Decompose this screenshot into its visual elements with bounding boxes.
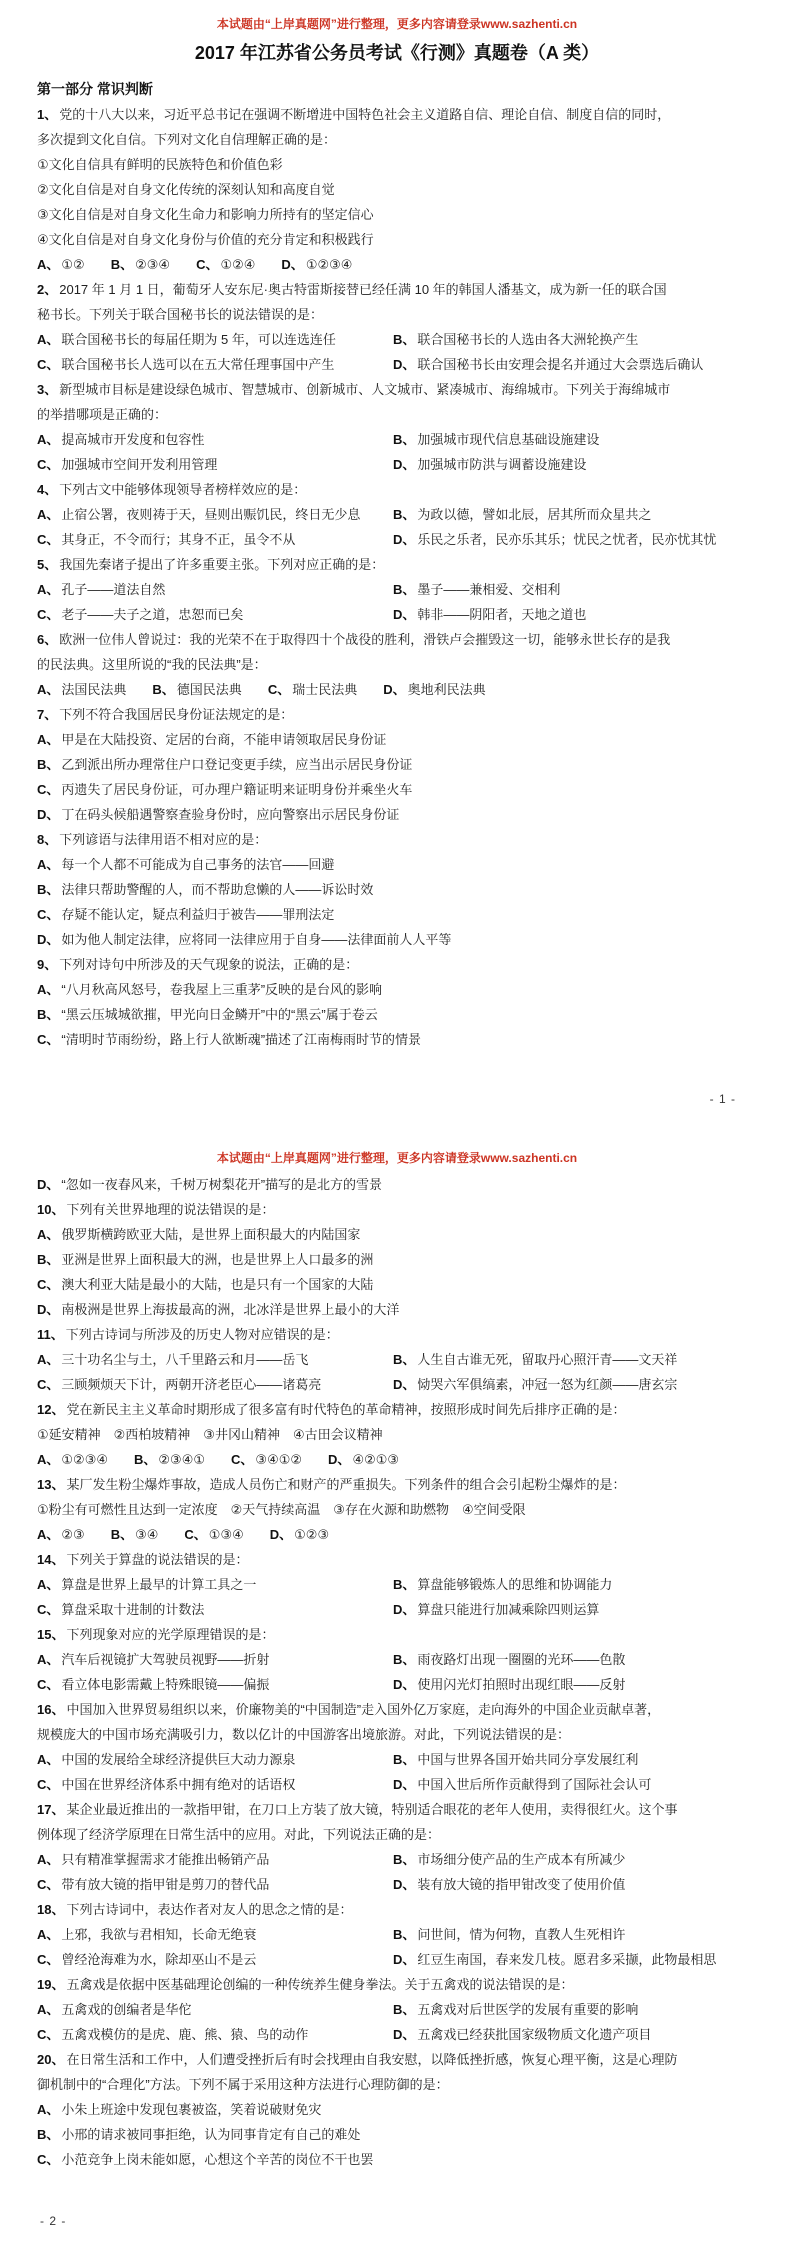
- option-letter: B、: [393, 507, 417, 522]
- option-text: 丁在码头候船遇警察查验身份时，应向警察出示居民身份证: [61, 807, 399, 822]
- options-two-col: C、其身正，不令而行；其身不正，虽令不从D、乐民之乐者，民亦乐其乐；忧民之忧者，…: [37, 527, 757, 552]
- option-letter: B、: [393, 582, 417, 597]
- option-item: C、带有放大镜的指甲钳是剪刀的替代品: [37, 1872, 393, 1897]
- option-letter: D、: [393, 1777, 417, 1792]
- option-letter: C、: [37, 1777, 61, 1792]
- option-letter: D、: [37, 932, 61, 947]
- option-letter: C、: [37, 1277, 61, 1292]
- option-item: D、加强城市防洪与调蓄设施建设: [393, 452, 586, 477]
- option-text: 存疑不能认定，疑点利益归于被告——罪刑法定: [61, 907, 334, 922]
- option-text: ①②: [61, 257, 84, 272]
- option-text: 上邪，我欲与君相知，长命无绝衰: [61, 1927, 256, 1942]
- option-item: A、三十功名尘与土，八千里路云和月——岳飞: [37, 1347, 393, 1372]
- option-text: ②③④: [135, 257, 170, 272]
- option-letter: B、: [37, 757, 61, 772]
- option-letter: C、: [37, 1602, 61, 1617]
- option-item: D、恸哭六军俱缟素，冲冠一怒为红颜——唐玄宗: [393, 1372, 677, 1397]
- option-text: 雨夜路灯出现一圈圈的光环——色散: [417, 1652, 625, 1667]
- option-letter: A、: [37, 1577, 61, 1592]
- option-item: B、③④: [111, 1522, 159, 1547]
- option-item: D、算盘只能进行加减乘除四则运算: [393, 1597, 599, 1622]
- header-note: 本试题由“上岸真题网”进行整理，更多内容请登录www.sazhenti.cn: [37, 14, 757, 34]
- question-number: 20、: [37, 2052, 66, 2067]
- option-item: B、问世间，情为何物，直教人生死相许: [393, 1922, 625, 1947]
- stem-text: 下列古诗词与所涉及的历史人物对应错误的是：: [66, 1327, 339, 1342]
- options-two-col: A、中国的发展给全球经济提供巨大动力源泉B、中国与世界各国开始共同分享发展红利: [37, 1747, 757, 1772]
- options-two-col: A、提高城市开发度和包容性B、加强城市现代信息基础设施建设: [37, 427, 757, 452]
- option-letter: D、: [393, 1602, 417, 1617]
- option-letter: C、: [37, 1677, 61, 1692]
- option-letter: C、: [184, 1527, 208, 1542]
- option-text: ②③④①: [158, 1452, 205, 1467]
- question-stem: 5、我国先秦诸子提出了许多重要主张。下列对应正确的是：: [37, 552, 757, 577]
- option-text: 澳大利亚大陆是最小的大陆，也是只有一个国家的大陆: [61, 1277, 373, 1292]
- option-letter: A、: [37, 432, 61, 447]
- option-item: A、止宿公署，夜则祷于天，昼则出赈饥民，终日无少息: [37, 502, 393, 527]
- option-text: 算盘采取十进制的计数法: [61, 1602, 204, 1617]
- doc-title: 2017 年江苏省公务员考试《行测》真题卷（A 类）: [37, 38, 757, 68]
- option-item: A、五禽戏的创编者是华佗: [37, 1997, 393, 2022]
- option-text: 联合国秘书长人选可以在五大常任理事国中产生: [61, 357, 334, 372]
- option-line: C、小范竞争上岗未能如愿，心想这个辛苦的岗位不干也罢: [37, 2147, 757, 2172]
- option-letter: B、: [393, 432, 417, 447]
- stem-text: 下列对诗句中所涉及的天气现象的说法，正确的是：: [59, 957, 358, 972]
- option-item: C、中国在世界经济体系中拥有绝对的话语权: [37, 1772, 393, 1797]
- option-letter: A、: [37, 1527, 61, 1542]
- option-text: 五禽戏的创编者是华佗: [61, 2002, 191, 2017]
- option-letter: D、: [328, 1452, 352, 1467]
- option-text: 南极洲是世界上海拔最高的洲，北冰洋是世界上最小的大洋: [61, 1302, 399, 1317]
- option-text: 看立体电影需戴上特殊眼镜——偏振: [61, 1677, 269, 1692]
- option-text: 带有放大镜的指甲钳是剪刀的替代品: [61, 1877, 269, 1892]
- option-line: C、“清明时节雨纷纷，路上行人欲断魂”描述了江南梅雨时节的情景: [37, 1027, 757, 1052]
- page-number: - 1 -: [710, 1092, 736, 1106]
- option-letter: A、: [37, 582, 61, 597]
- option-item: B、为政以德，譬如北辰，居其所而众星共之: [393, 502, 651, 527]
- option-letter: D、: [37, 1177, 61, 1192]
- option-line: A、小朱上班途中发现包裹被盗，笑着说破财免灾: [37, 2097, 757, 2122]
- option-text: ②③: [61, 1527, 84, 1542]
- option-letter: A、: [37, 1352, 61, 1367]
- option-text: ①②③: [294, 1527, 329, 1542]
- option-item: A、提高城市开发度和包容性: [37, 427, 393, 452]
- option-item: B、雨夜路灯出现一圈圈的光环——色散: [393, 1647, 625, 1672]
- option-text: 加强城市空间开发利用管理: [61, 457, 217, 472]
- option-item: C、①②④: [196, 252, 255, 277]
- option-letter: C、: [37, 1377, 61, 1392]
- option-item: D、④②①③: [328, 1447, 399, 1472]
- text-line: ①粉尘有可燃性且达到一定浓度 ②天气持续高温 ③存在火源和助燃物 ④空间受限: [37, 1497, 757, 1522]
- option-item: A、中国的发展给全球经济提供巨大动力源泉: [37, 1747, 393, 1772]
- option-item: A、联合国秘书长的每届任期为 5 年，可以连选连任: [37, 327, 393, 352]
- question-stem: 15、下列现象对应的光学原理错误的是：: [37, 1622, 757, 1647]
- option-letter: C、: [37, 782, 61, 797]
- option-text: 乙到派出所办理常住户口登记变更手续，应当出示居民身份证: [61, 757, 412, 772]
- option-text: 乐民之乐者，民亦乐其乐；忧民之忧者，民亦忧其忧: [417, 532, 716, 547]
- text-line: ①文化自信具有鲜明的民族特色和价值色彩: [37, 152, 757, 177]
- question-number: 4、: [37, 482, 59, 497]
- option-letter: D、: [393, 457, 417, 472]
- option-letter: D、: [393, 1677, 417, 1692]
- option-item: C、三顾频烦天下计，两朝开济老臣心——诸葛亮: [37, 1372, 393, 1397]
- option-text: “忽如一夜春风来，千树万树梨花开”描写的是北方的雪景: [61, 1177, 382, 1192]
- options-two-col: A、止宿公署，夜则祷于天，昼则出赈饥民，终日无少息B、为政以德，譬如北辰，居其所…: [37, 502, 757, 527]
- options-two-col: C、中国在世界经济体系中拥有绝对的话语权D、中国入世后所作贡献得到了国际社会认可: [37, 1772, 757, 1797]
- question-stem: 1、党的十八大以来，习近平总书记在强调不断增进中国特色社会主义道路自信、理论自信…: [37, 102, 757, 127]
- option-text: 装有放大镜的指甲钳改变了使用价值: [417, 1877, 625, 1892]
- option-letter: A、: [37, 2002, 61, 2017]
- question-number: 7、: [37, 707, 59, 722]
- option-letter: A、: [37, 732, 61, 747]
- option-text: 止宿公署，夜则祷于天，昼则出赈饥民，终日无少息: [61, 507, 360, 522]
- option-item: D、韩非——阴阳者，天地之道也: [393, 602, 586, 627]
- option-item: D、①②③④: [281, 252, 352, 277]
- option-text: 为政以德，譬如北辰，居其所而众星共之: [417, 507, 651, 522]
- option-letter: A、: [37, 1652, 61, 1667]
- option-item: C、老子——夫子之道，忠恕而已矣: [37, 602, 393, 627]
- options-two-col: C、曾经沧海难为水，除却巫山不是云D、红豆生南国，春来发几枝。愿君多采撷，此物最…: [37, 1947, 757, 1972]
- option-text: 中国在世界经济体系中拥有绝对的话语权: [61, 1777, 295, 1792]
- question-number: 12、: [37, 1402, 66, 1417]
- question-number: 9、: [37, 957, 59, 972]
- stem-text: 下列现象对应的光学原理错误的是：: [66, 1627, 274, 1642]
- option-text: 加强城市现代信息基础设施建设: [417, 432, 599, 447]
- text-line: 规模庞大的中国市场充满吸引力，数以亿计的中国游客出境旅游。对此，下列说法错误的是…: [37, 1722, 757, 1747]
- option-letter: D、: [393, 1877, 417, 1892]
- stem-text: 五禽戏是依据中医基础理论创编的一种传统养生健身拳法。关于五禽戏的说法错误的是：: [66, 1977, 573, 1992]
- options-two-col: A、五禽戏的创编者是华佗B、五禽戏对后世医学的发展有重要的影响: [37, 1997, 757, 2022]
- option-letter: C、: [37, 2027, 61, 2042]
- option-line: B、乙到派出所办理常住户口登记变更手续，应当出示居民身份证: [37, 752, 757, 777]
- option-text: ①②③④: [306, 257, 353, 272]
- option-letter: A、: [37, 257, 61, 272]
- option-text: 加强城市防洪与调蓄设施建设: [417, 457, 586, 472]
- option-letter: D、: [393, 1377, 417, 1392]
- option-text: 算盘只能进行加减乘除四则运算: [417, 1602, 599, 1617]
- option-line: D、如为他人制定法律，应将同一法律应用于自身——法律面前人人平等: [37, 927, 757, 952]
- option-text: 中国入世后所作贡献得到了国际社会认可: [417, 1777, 651, 1792]
- stem-text: 某厂发生粉尘爆炸事故，造成人员伤亡和财产的严重损失。下列条件的组合会引起粉尘爆炸…: [66, 1477, 625, 1492]
- option-text: 小邢的请求被同事拒绝，认为同事肯定有自己的难处: [61, 2127, 360, 2142]
- option-letter: D、: [270, 1527, 294, 1542]
- option-item: A、①②③④: [37, 1447, 108, 1472]
- option-letter: D、: [37, 1302, 61, 1317]
- option-text: 联合国秘书长由安理会提名并通过大会票选后确认: [417, 357, 703, 372]
- option-line: A、甲是在大陆投资、定居的台商，不能申请领取居民身份证: [37, 727, 757, 752]
- question-stem: 8、下列谚语与法律用语不相对应的是：: [37, 827, 757, 852]
- text-line: ③文化自信是对自身文化生命力和影响力所持有的坚定信心: [37, 202, 757, 227]
- option-item: B、人生自古谁无死，留取丹心照汗青——文天祥: [393, 1347, 677, 1372]
- page-number: - 2 -: [40, 2214, 66, 2228]
- option-text: 亚洲是世界上面积最大的洲，也是世界上人口最多的洲: [61, 1252, 373, 1267]
- option-letter: D、: [393, 357, 417, 372]
- option-letter: A、: [37, 332, 61, 347]
- option-text: 奥地利民法典: [408, 682, 486, 697]
- option-text: 小朱上班途中发现包裹被盗，笑着说破财免灾: [61, 2102, 321, 2117]
- stem-text: 下列关于算盘的说法错误的是：: [66, 1552, 248, 1567]
- option-line: B、亚洲是世界上面积最大的洲，也是世界上人口最多的洲: [37, 1247, 757, 1272]
- option-item: B、市场细分使产品的生产成本有所减少: [393, 1847, 625, 1872]
- options-two-col: A、只有精准掌握需求才能推出畅销产品B、市场细分使产品的生产成本有所减少: [37, 1847, 757, 1872]
- option-letter: A、: [37, 857, 61, 872]
- option-item: A、汽车后视镜扩大驾驶员视野——折射: [37, 1647, 393, 1672]
- option-line: C、澳大利亚大陆是最小的大陆，也是只有一个国家的大陆: [37, 1272, 757, 1297]
- question-stem: 17、某企业最近推出的一款指甲钳，在刀口上方装了放大镜，特别适合眼花的老年人使用…: [37, 1797, 757, 1822]
- stem-text: 党在新民主主义革命时期形成了很多富有时代特色的革命精神，按照形成时间先后排序正确…: [66, 1402, 625, 1417]
- option-letter: C、: [37, 457, 61, 472]
- option-item: D、奥地利民法典: [383, 677, 485, 702]
- question-number: 14、: [37, 1552, 66, 1567]
- option-letter: C、: [196, 257, 220, 272]
- options-two-col: A、算盘是世界上最早的计算工具之一B、算盘能够锻炼人的思维和协调能力: [37, 1572, 757, 1597]
- option-letter: B、: [393, 1927, 417, 1942]
- option-item: A、上邪，我欲与君相知，长命无绝衰: [37, 1922, 393, 1947]
- stem-text: 2017 年 1 月 1 日，葡萄牙人安东尼·奥古特雷斯接替已经任满 10 年的…: [59, 282, 666, 297]
- option-text: 五禽戏已经获批国家级物质文化遗产项目: [417, 2027, 651, 2042]
- option-letter: C、: [37, 907, 61, 922]
- text-line: ④文化自信是对自身文化身份与价值的充分肯定和积极践行: [37, 227, 757, 252]
- options-two-col: C、老子——夫子之道，忠恕而已矣D、韩非——阴阳者，天地之道也: [37, 602, 757, 627]
- options-two-col: A、汽车后视镜扩大驾驶员视野——折射B、雨夜路灯出现一圈圈的光环——色散: [37, 1647, 757, 1672]
- question-number: 11、: [37, 1327, 66, 1342]
- option-text: 使用闪光灯拍照时出现红眼——反射: [417, 1677, 625, 1692]
- option-text: 联合国秘书长的人选由各大洲轮换产生: [417, 332, 638, 347]
- text-line: 秘书长。下列关于联合国秘书长的说法错误的是：: [37, 302, 757, 327]
- option-text: 恸哭六军俱缟素，冲冠一怒为红颜——唐玄宗: [417, 1377, 677, 1392]
- option-letter: C、: [37, 532, 61, 547]
- option-text: 三十功名尘与土，八千里路云和月——岳飞: [61, 1352, 308, 1367]
- option-letter: A、: [37, 1927, 61, 1942]
- option-letter: C、: [37, 1952, 61, 1967]
- question-number: 13、: [37, 1477, 66, 1492]
- question-stem: 4、下列古文中能够体现领导者榜样效应的是：: [37, 477, 757, 502]
- option-line: A、每一个人都不可能成为自己事务的法官——回避: [37, 852, 757, 877]
- question-number: 17、: [37, 1802, 66, 1817]
- question-number: 2、: [37, 282, 59, 297]
- page-1: 本试题由“上岸真题网”进行整理，更多内容请登录www.sazhenti.cn20…: [0, 0, 794, 1122]
- options-row: A、②③B、③④C、①③④D、①②③: [37, 1522, 757, 1547]
- option-item: D、中国入世后所作贡献得到了国际社会认可: [393, 1772, 651, 1797]
- option-text: 市场细分使产品的生产成本有所减少: [417, 1852, 625, 1867]
- option-item: D、使用闪光灯拍照时出现红眼——反射: [393, 1672, 625, 1697]
- option-line: D、丁在码头候船遇警察查验身份时，应向警察出示居民身份证: [37, 802, 757, 827]
- option-item: D、乐民之乐者，民亦乐其乐；忧民之忧者，民亦忧其忧: [393, 527, 716, 552]
- option-item: B、②③④: [111, 252, 170, 277]
- option-text: “清明时节雨纷纷，路上行人欲断魂”描述了江南梅雨时节的情景: [61, 1032, 421, 1047]
- option-text: 人生自古谁无死，留取丹心照汗青——文天祥: [417, 1352, 677, 1367]
- question-stem: 7、下列不符合我国居民身份证法规定的是：: [37, 702, 757, 727]
- option-item: C、五禽戏模仿的是虎、鹿、熊、猿、鸟的动作: [37, 2022, 393, 2047]
- header-note: 本试题由“上岸真题网”进行整理，更多内容请登录www.sazhenti.cn: [37, 1148, 757, 1168]
- option-text: 丙遗失了居民身份证，可办理户籍证明来证明身份并乘坐火车: [61, 782, 412, 797]
- option-letter: B、: [393, 1352, 417, 1367]
- option-item: A、①②: [37, 252, 85, 277]
- option-text: 俄罗斯横跨欧亚大陆，是世界上面积最大的内陆国家: [61, 1227, 360, 1242]
- option-item: B、联合国秘书长的人选由各大洲轮换产生: [393, 327, 638, 352]
- option-text: 其身正，不令而行；其身不正，虽令不从: [61, 532, 295, 547]
- question-number: 8、: [37, 832, 59, 847]
- option-letter: C、: [37, 1032, 61, 1047]
- option-text: “八月秋高风怒号，卷我屋上三重茅”反映的是台风的影响: [61, 982, 382, 997]
- option-text: 德国民法典: [177, 682, 242, 697]
- question-stem: 18、下列古诗词中，表达作者对友人的思念之情的是：: [37, 1897, 757, 1922]
- question-stem: 6、欧洲一位伟人曾说过：我的光荣不在于取得四十个战役的胜利，滑铁卢会摧毁这一切，…: [37, 627, 757, 652]
- stem-text: 下列古文中能够体现领导者榜样效应的是：: [59, 482, 306, 497]
- option-letter: B、: [134, 1452, 158, 1467]
- stem-text: 下列有关世界地理的说法错误的是：: [66, 1202, 274, 1217]
- options-two-col: C、带有放大镜的指甲钳是剪刀的替代品D、装有放大镜的指甲钳改变了使用价值: [37, 1872, 757, 1897]
- option-item: A、孔子——道法自然: [37, 577, 393, 602]
- option-letter: A、: [37, 682, 61, 697]
- question-stem: 16、中国加入世界贸易组织以来，价廉物美的“中国制造”走入国外亿万家庭，走向海外…: [37, 1697, 757, 1722]
- question-stem: 2、2017 年 1 月 1 日，葡萄牙人安东尼·奥古特雷斯接替已经任满 10 …: [37, 277, 757, 302]
- options-two-col: C、加强城市空间开发利用管理D、加强城市防洪与调蓄设施建设: [37, 452, 757, 477]
- question-number: 3、: [37, 382, 59, 397]
- option-text: 小范竞争上岗未能如愿，心想这个辛苦的岗位不干也罢: [61, 2152, 373, 2167]
- stem-text: 党的十八大以来，习近平总书记在强调不断增进中国特色社会主义道路自信、理论自信、制…: [59, 107, 670, 122]
- option-letter: A、: [37, 1752, 61, 1767]
- option-letter: A、: [37, 1227, 61, 1242]
- option-text: 老子——夫子之道，忠恕而已矣: [61, 607, 243, 622]
- option-item: C、算盘采取十进制的计数法: [37, 1597, 393, 1622]
- option-letter: B、: [393, 2002, 417, 2017]
- option-text: 如为他人制定法律，应将同一法律应用于自身——法律面前人人平等: [61, 932, 451, 947]
- option-text: 法律只帮助警醒的人，而不帮助怠懒的人——诉讼时效: [61, 882, 373, 897]
- option-letter: C、: [37, 1877, 61, 1892]
- option-letter: D、: [393, 2027, 417, 2042]
- option-letter: A、: [37, 507, 61, 522]
- option-item: C、③④①②: [231, 1447, 302, 1472]
- option-text: 曾经沧海难为水，除却巫山不是云: [61, 1952, 256, 1967]
- option-item: D、五禽戏已经获批国家级物质文化遗产项目: [393, 2022, 651, 2047]
- question-stem: 19、五禽戏是依据中医基础理论创编的一种传统养生健身拳法。关于五禽戏的说法错误的…: [37, 1972, 757, 1997]
- option-text: 提高城市开发度和包容性: [61, 432, 204, 447]
- question-number: 6、: [37, 632, 59, 647]
- option-item: A、算盘是世界上最早的计算工具之一: [37, 1572, 393, 1597]
- option-letter: D、: [383, 682, 407, 697]
- question-number: 19、: [37, 1977, 66, 1992]
- option-item: D、红豆生南国，春来发几枝。愿君多采撷，此物最相思: [393, 1947, 716, 1972]
- text-line: 的民法典。这里所说的“我的民法典”是：: [37, 652, 757, 677]
- option-line: B、小邢的请求被同事拒绝，认为同事肯定有自己的难处: [37, 2122, 757, 2147]
- options-two-col: C、联合国秘书长人选可以在五大常任理事国中产生D、联合国秘书长由安理会提名并通过…: [37, 352, 757, 377]
- option-item: A、只有精准掌握需求才能推出畅销产品: [37, 1847, 393, 1872]
- option-letter: A、: [37, 982, 61, 997]
- option-item: C、看立体电影需戴上特殊眼镜——偏振: [37, 1672, 393, 1697]
- option-item: C、曾经沧海难为水，除却巫山不是云: [37, 1947, 393, 1972]
- option-letter: B、: [37, 1007, 61, 1022]
- stem-text: 下列谚语与法律用语不相对应的是：: [59, 832, 267, 847]
- option-text: 墨子——兼相爱、交相利: [417, 582, 560, 597]
- question-stem: 3、新型城市目标是建设绿色城市、智慧城市、创新城市、人文城市、紧凑城市、海绵城市…: [37, 377, 757, 402]
- option-letter: D、: [281, 257, 305, 272]
- question-number: 5、: [37, 557, 59, 572]
- option-text: 孔子——道法自然: [61, 582, 165, 597]
- question-number: 16、: [37, 1702, 66, 1717]
- stem-text: 下列不符合我国居民身份证法规定的是：: [59, 707, 293, 722]
- options-two-col: C、五禽戏模仿的是虎、鹿、熊、猿、鸟的动作D、五禽戏已经获批国家级物质文化遗产项…: [37, 2022, 757, 2047]
- question-stem: 10、下列有关世界地理的说法错误的是：: [37, 1197, 757, 1222]
- text-line: ①延安精神 ②西柏坡精神 ③井冈山精神 ④古田会议精神: [37, 1422, 757, 1447]
- options-row: A、法国民法典B、德国民法典C、瑞士民法典D、奥地利民法典: [37, 677, 757, 702]
- option-letter: C、: [37, 357, 61, 372]
- text-line: ②文化自信是对自身文化传统的深刻认知和高度自觉: [37, 177, 757, 202]
- option-item: A、法国民法典: [37, 677, 126, 702]
- question-number: 10、: [37, 1202, 66, 1217]
- option-line: C、丙遗失了居民身份证，可办理户籍证明来证明身份并乘坐火车: [37, 777, 757, 802]
- option-text: 联合国秘书长的每届任期为 5 年，可以连选连任: [61, 332, 335, 347]
- option-letter: B、: [37, 882, 61, 897]
- option-item: B、②③④①: [134, 1447, 205, 1472]
- option-letter: C、: [231, 1452, 255, 1467]
- question-stem: 13、某厂发生粉尘爆炸事故，造成人员伤亡和财产的严重损失。下列条件的组合会引起粉…: [37, 1472, 757, 1497]
- options-two-col: C、看立体电影需戴上特殊眼镜——偏振D、使用闪光灯拍照时出现红眼——反射: [37, 1672, 757, 1697]
- options-two-col: C、三顾频烦天下计，两朝开济老臣心——诸葛亮D、恸哭六军俱缟素，冲冠一怒为红颜—…: [37, 1372, 757, 1397]
- option-letter: C、: [37, 607, 61, 622]
- option-line: A、“八月秋高风怒号，卷我屋上三重茅”反映的是台风的影响: [37, 977, 757, 1002]
- options-two-col: A、联合国秘书长的每届任期为 5 年，可以连选连任B、联合国秘书长的人选由各大洲…: [37, 327, 757, 352]
- stem-text: 在日常生活和工作中，人们遭受挫折后有时会找理由自我安慰，以降低挫折感，恢复心理平…: [66, 2052, 677, 2067]
- option-letter: B、: [393, 1577, 417, 1592]
- option-letter: A、: [37, 2102, 61, 2117]
- option-item: C、瑞士民法典: [268, 677, 357, 702]
- text-line: 的举措哪项是正确的：: [37, 402, 757, 427]
- option-line: A、俄罗斯横跨欧亚大陆，是世界上面积最大的内陆国家: [37, 1222, 757, 1247]
- option-letter: C、: [37, 2152, 61, 2167]
- options-two-col: C、算盘采取十进制的计数法D、算盘只能进行加减乘除四则运算: [37, 1597, 757, 1622]
- option-letter: D、: [37, 807, 61, 822]
- stem-text: 中国加入世界贸易组织以来，价廉物美的“中国制造”走入国外亿万家庭，走向海外的中国…: [66, 1702, 660, 1717]
- option-item: B、德国民法典: [152, 677, 241, 702]
- option-item: B、墨子——兼相爱、交相利: [393, 577, 560, 602]
- option-line: C、存疑不能认定，疑点利益归于被告——罪刑法定: [37, 902, 757, 927]
- question-number: 18、: [37, 1902, 66, 1917]
- option-text: ③④①②: [255, 1452, 302, 1467]
- option-text: “黑云压城城欲摧，甲光向日金鳞开”中的“黑云”属于卷云: [61, 1007, 377, 1022]
- option-text: 算盘能够锻炼人的思维和协调能力: [417, 1577, 612, 1592]
- option-item: B、五禽戏对后世医学的发展有重要的影响: [393, 1997, 638, 2022]
- document: 本试题由“上岸真题网”进行整理，更多内容请登录www.sazhenti.cn20…: [0, 0, 794, 2244]
- option-text: 红豆生南国，春来发几枝。愿君多采撷，此物最相思: [417, 1952, 716, 1967]
- option-item: C、其身正，不令而行；其身不正，虽令不从: [37, 527, 393, 552]
- option-item: A、②③: [37, 1522, 85, 1547]
- option-text: ①③④: [209, 1527, 244, 1542]
- option-line: B、“黑云压城城欲摧，甲光向日金鳞开”中的“黑云”属于卷云: [37, 1002, 757, 1027]
- option-letter: B、: [393, 1852, 417, 1867]
- option-item: D、联合国秘书长由安理会提名并通过大会票选后确认: [393, 352, 703, 377]
- text-line: 御机制中的“合理化”方法。下列不属于采用这种方法进行心理防御的是：: [37, 2072, 757, 2097]
- option-text: 问世间，情为何物，直教人生死相许: [417, 1927, 625, 1942]
- stem-text: 我国先秦诸子提出了许多重要主张。下列对应正确的是：: [59, 557, 384, 572]
- text-line: 多次提到文化自信。下列对文化自信理解正确的是：: [37, 127, 757, 152]
- option-text: 算盘是世界上最早的计算工具之一: [61, 1577, 256, 1592]
- question-stem: 11、下列古诗词与所涉及的历史人物对应错误的是：: [37, 1322, 757, 1347]
- option-text: 法国民法典: [61, 682, 126, 697]
- option-letter: B、: [111, 257, 135, 272]
- question-stem: 14、下列关于算盘的说法错误的是：: [37, 1547, 757, 1572]
- option-text: 韩非——阴阳者，天地之道也: [417, 607, 586, 622]
- options-row: A、①②B、②③④C、①②④D、①②③④: [37, 252, 757, 277]
- stem-text: 下列古诗词中，表达作者对友人的思念之情的是：: [66, 1902, 352, 1917]
- option-letter: D、: [393, 607, 417, 622]
- options-two-col: A、上邪，我欲与君相知，长命无绝衰B、问世间，情为何物，直教人生死相许: [37, 1922, 757, 1947]
- text-line: 例体现了经济学原理在日常生活中的应用。对此，下列说法正确的是：: [37, 1822, 757, 1847]
- option-text: 中国与世界各国开始共同分享发展红利: [417, 1752, 638, 1767]
- option-letter: C、: [268, 682, 292, 697]
- option-text: 只有精准掌握需求才能推出畅销产品: [61, 1852, 269, 1867]
- option-text: ①②③④: [61, 1452, 108, 1467]
- option-letter: B、: [393, 1652, 417, 1667]
